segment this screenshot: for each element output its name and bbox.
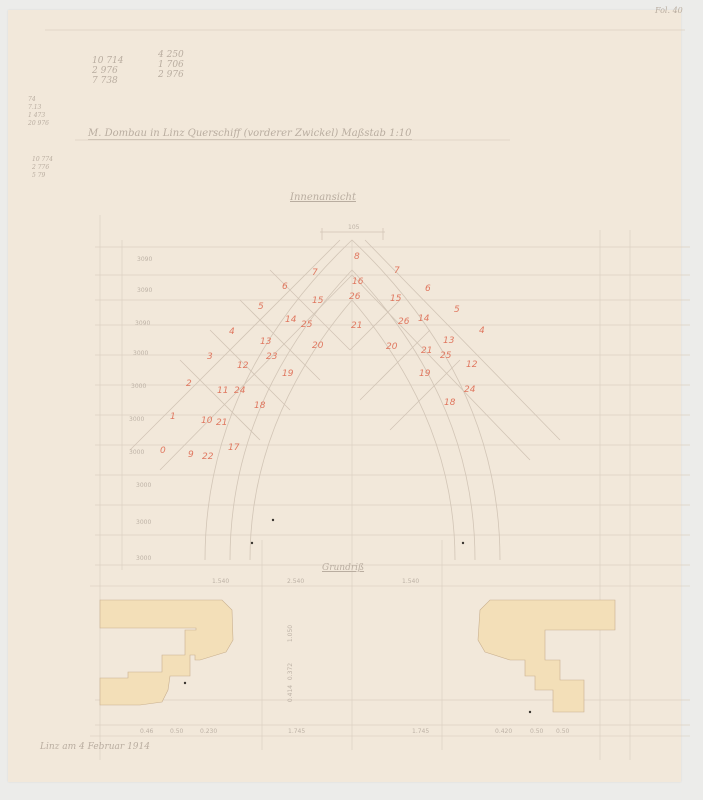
signature-date: Linz am 4 Februar 1914 xyxy=(40,742,150,752)
calculation-block-right: 4 250 1 706 2 976 xyxy=(158,50,184,80)
plan-label: Grundriß xyxy=(322,563,364,573)
margin-calculation-lower: 10 774 2 776 5 79 xyxy=(32,156,53,180)
elevation-label: Innenansicht xyxy=(290,192,356,203)
drawing-title: M. Dombau in Linz Querschiff (vorderer Z… xyxy=(88,128,412,140)
drawing-linework xyxy=(0,0,703,800)
top-dimension: 105 xyxy=(348,224,359,231)
calculation-block-left: 10 714 2 976 7 738 xyxy=(92,56,124,86)
sheet-number: Fol. 40 xyxy=(655,6,683,15)
margin-calculation-upper: 74 7.13 1 473 20 976 xyxy=(28,96,49,128)
